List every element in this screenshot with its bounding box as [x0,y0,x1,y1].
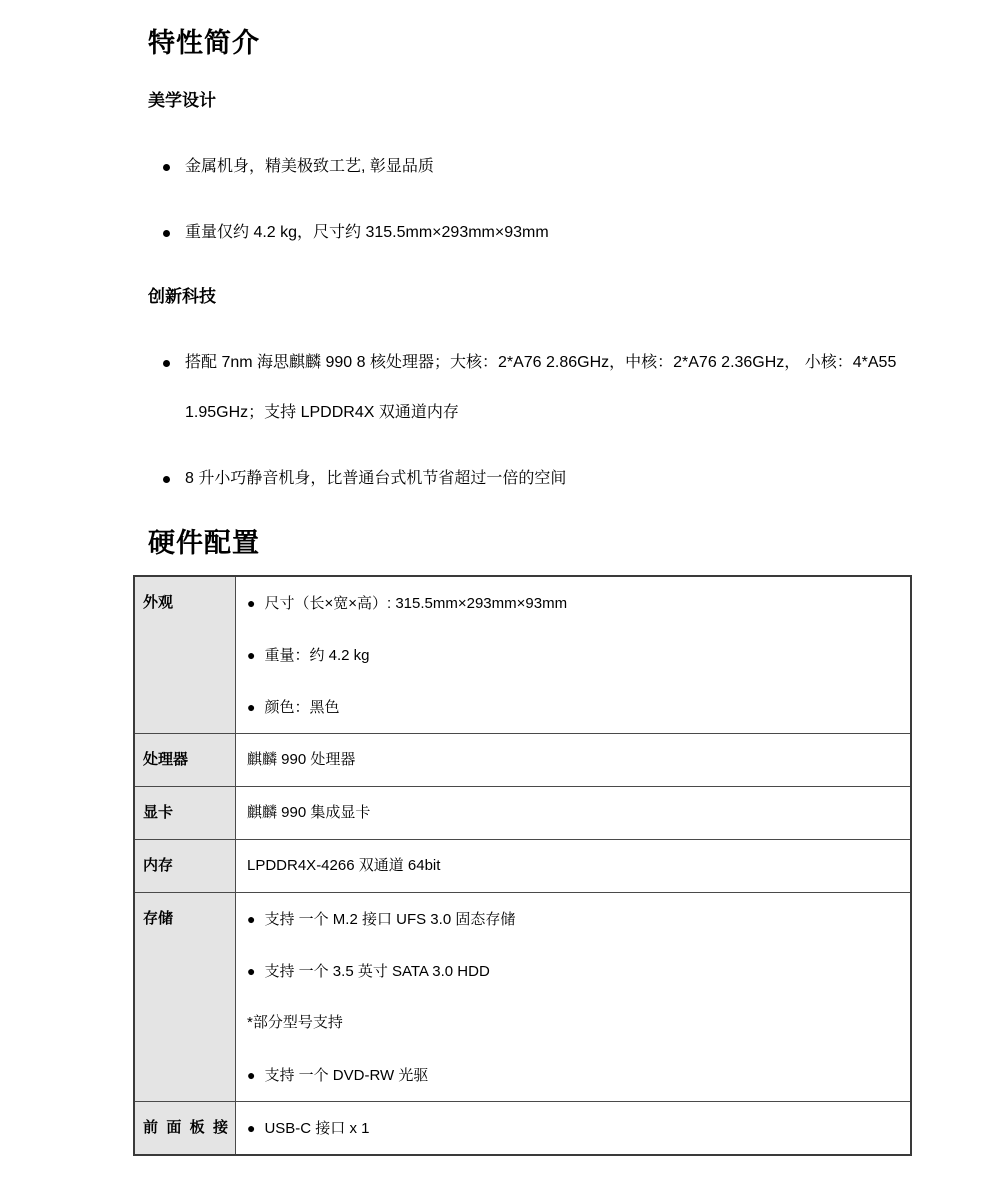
row-value-cell: ●尺寸（长×宽×高）: 315.5mm×293mm×93mm●重量：约 4.2 … [236,576,912,734]
feature-bullet: 8 升小巧静音机身，比普通台式机节省超过一倍的空间 [148,468,930,490]
bullet-dot-icon: ● [247,647,255,663]
spec-line-text: 支持 一个 DVD-RW 光驱 [264,1067,428,1084]
table-row: 内存LPDDR4X-4266 双通道 64bit [134,840,911,893]
bullet-dot-icon: ● [247,1067,255,1083]
table-row: 显卡麒麟 990 集成显卡 [134,787,911,840]
row-value-cell: 麒麟 990 集成显卡 [236,787,912,840]
bullet-line: 搭配 7nm 海思麒麟 990 8 核处理器；大核：2*A76 2.86GHz，… [185,352,930,374]
bullet-dot-icon: ● [247,699,255,715]
spec-line-text: 尺寸（长×宽×高）: 315.5mm×293mm×93mm [264,595,567,612]
section-aesthetic-design: 美学设计 金属机身，精美极致工艺, 彰显品质重量仅约 4.2 kg，尺寸约 31… [148,90,930,244]
spec-line-text: 重量：约 4.2 kg [264,647,369,664]
table-row: 存储●支持 一个 M.2 接口 UFS 3.0 固态存储●支持 一个 3.5 英… [134,893,911,1102]
bullet-dot-icon [163,476,170,483]
row-label-cell: 处理器 [134,734,236,787]
bullet-line: 8 升小巧静音机身，比普通台式机节省超过一倍的空间 [185,468,930,490]
bullet-line: 金属机身，精美极致工艺, 彰显品质 [185,156,930,178]
feature-bullet: 搭配 7nm 海思麒麟 990 8 核处理器；大核：2*A76 2.86GHz，… [148,352,930,424]
bullet-dot-icon: ● [247,963,255,979]
bullet-dot-icon [163,164,170,171]
table-row: 处理器麒麟 990 处理器 [134,734,911,787]
spec-line-text: 麒麟 990 集成显卡 [247,804,370,821]
section-innovative-tech: 创新科技 搭配 7nm 海思麒麟 990 8 核处理器；大核：2*A76 2.8… [148,286,930,490]
spec-line: ●USB-C 接口 x 1 [247,1102,910,1154]
spec-line: ●颜色：黑色 [247,681,910,733]
spec-line: *部分型号支持 [247,997,910,1049]
row-label-cell: 存储 [134,893,236,1102]
bullet-dot-icon: ● [247,911,255,927]
spec-line: ●重量：约 4.2 kg [247,629,910,681]
spec-table: 外观●尺寸（长×宽×高）: 315.5mm×293mm×93mm●重量：约 4.… [133,575,912,1156]
row-value-cell: ●USB-C 接口 x 1 [236,1102,912,1156]
spec-line: ●支持 一个 3.5 英寸 SATA 3.0 HDD [247,945,910,997]
bullet-list: 金属机身，精美极致工艺, 彰显品质重量仅约 4.2 kg，尺寸约 315.5mm… [148,156,930,244]
spec-table-body: 外观●尺寸（长×宽×高）: 315.5mm×293mm×93mm●重量：约 4.… [134,576,911,1155]
bullet-dot-icon [163,230,170,237]
spec-line: ●支持 一个 M.2 接口 UFS 3.0 固态存储 [247,893,910,945]
spec-line: ●尺寸（长×宽×高）: 315.5mm×293mm×93mm [247,577,910,629]
row-label-cell: 内存 [134,840,236,893]
feature-bullet: 金属机身，精美极致工艺, 彰显品质 [148,156,930,178]
spec-line-text: 支持 一个 3.5 英寸 SATA 3.0 HDD [264,963,489,980]
spec-line: ●支持 一个 DVD-RW 光驱 [247,1049,910,1101]
section-heading: 美学设计 [148,90,930,112]
spec-line-text: 支持 一个 M.2 接口 UFS 3.0 固态存储 [264,911,515,928]
spec-line-text: LPDDR4X-4266 双通道 64bit [247,857,440,874]
bullet-line: 重量仅约 4.2 kg，尺寸约 315.5mm×293mm×93mm [185,222,930,244]
document-content: 特性简介 美学设计 金属机身，精美极致工艺, 彰显品质重量仅约 4.2 kg，尺… [0,26,990,1156]
row-label-cell: 外观 [134,576,236,734]
table-row: 外观●尺寸（长×宽×高）: 315.5mm×293mm×93mm●重量：约 4.… [134,576,911,734]
bullet-dot-icon: ● [247,595,255,611]
features-title: 特性简介 [148,26,930,60]
row-value-cell: 麒麟 990 处理器 [236,734,912,787]
row-value-cell: LPDDR4X-4266 双通道 64bit [236,840,912,893]
bullet-line: 1.95GHz；支持 LPDDR4X 双通道内存 [185,402,930,424]
bullet-dot-icon: ● [247,1120,255,1136]
spec-line: LPDDR4X-4266 双通道 64bit [247,840,910,892]
bullet-dot-icon [163,360,170,367]
row-label-cell: 显卡 [134,787,236,840]
hardware-title: 硬件配置 [148,526,930,560]
spec-line-text: USB-C 接口 x 1 [264,1120,369,1137]
section-heading: 创新科技 [148,286,930,308]
spec-line-text: 颜色：黑色 [264,699,339,716]
row-value-cell: ●支持 一个 M.2 接口 UFS 3.0 固态存储●支持 一个 3.5 英寸 … [236,893,912,1102]
document-page: 特性简介 美学设计 金属机身，精美极致工艺, 彰显品质重量仅约 4.2 kg，尺… [0,0,990,1196]
spec-line-text: *部分型号支持 [247,1014,343,1031]
spec-line: 麒麟 990 处理器 [247,734,910,786]
feature-bullet: 重量仅约 4.2 kg，尺寸约 315.5mm×293mm×93mm [148,222,930,244]
spec-line-text: 麒麟 990 处理器 [247,751,355,768]
bullet-list: 搭配 7nm 海思麒麟 990 8 核处理器；大核：2*A76 2.86GHz，… [148,352,930,490]
spec-line: 麒麟 990 集成显卡 [247,787,910,839]
row-label-cell: 前面板接 [134,1102,236,1156]
table-row: 前面板接●USB-C 接口 x 1 [134,1102,911,1156]
